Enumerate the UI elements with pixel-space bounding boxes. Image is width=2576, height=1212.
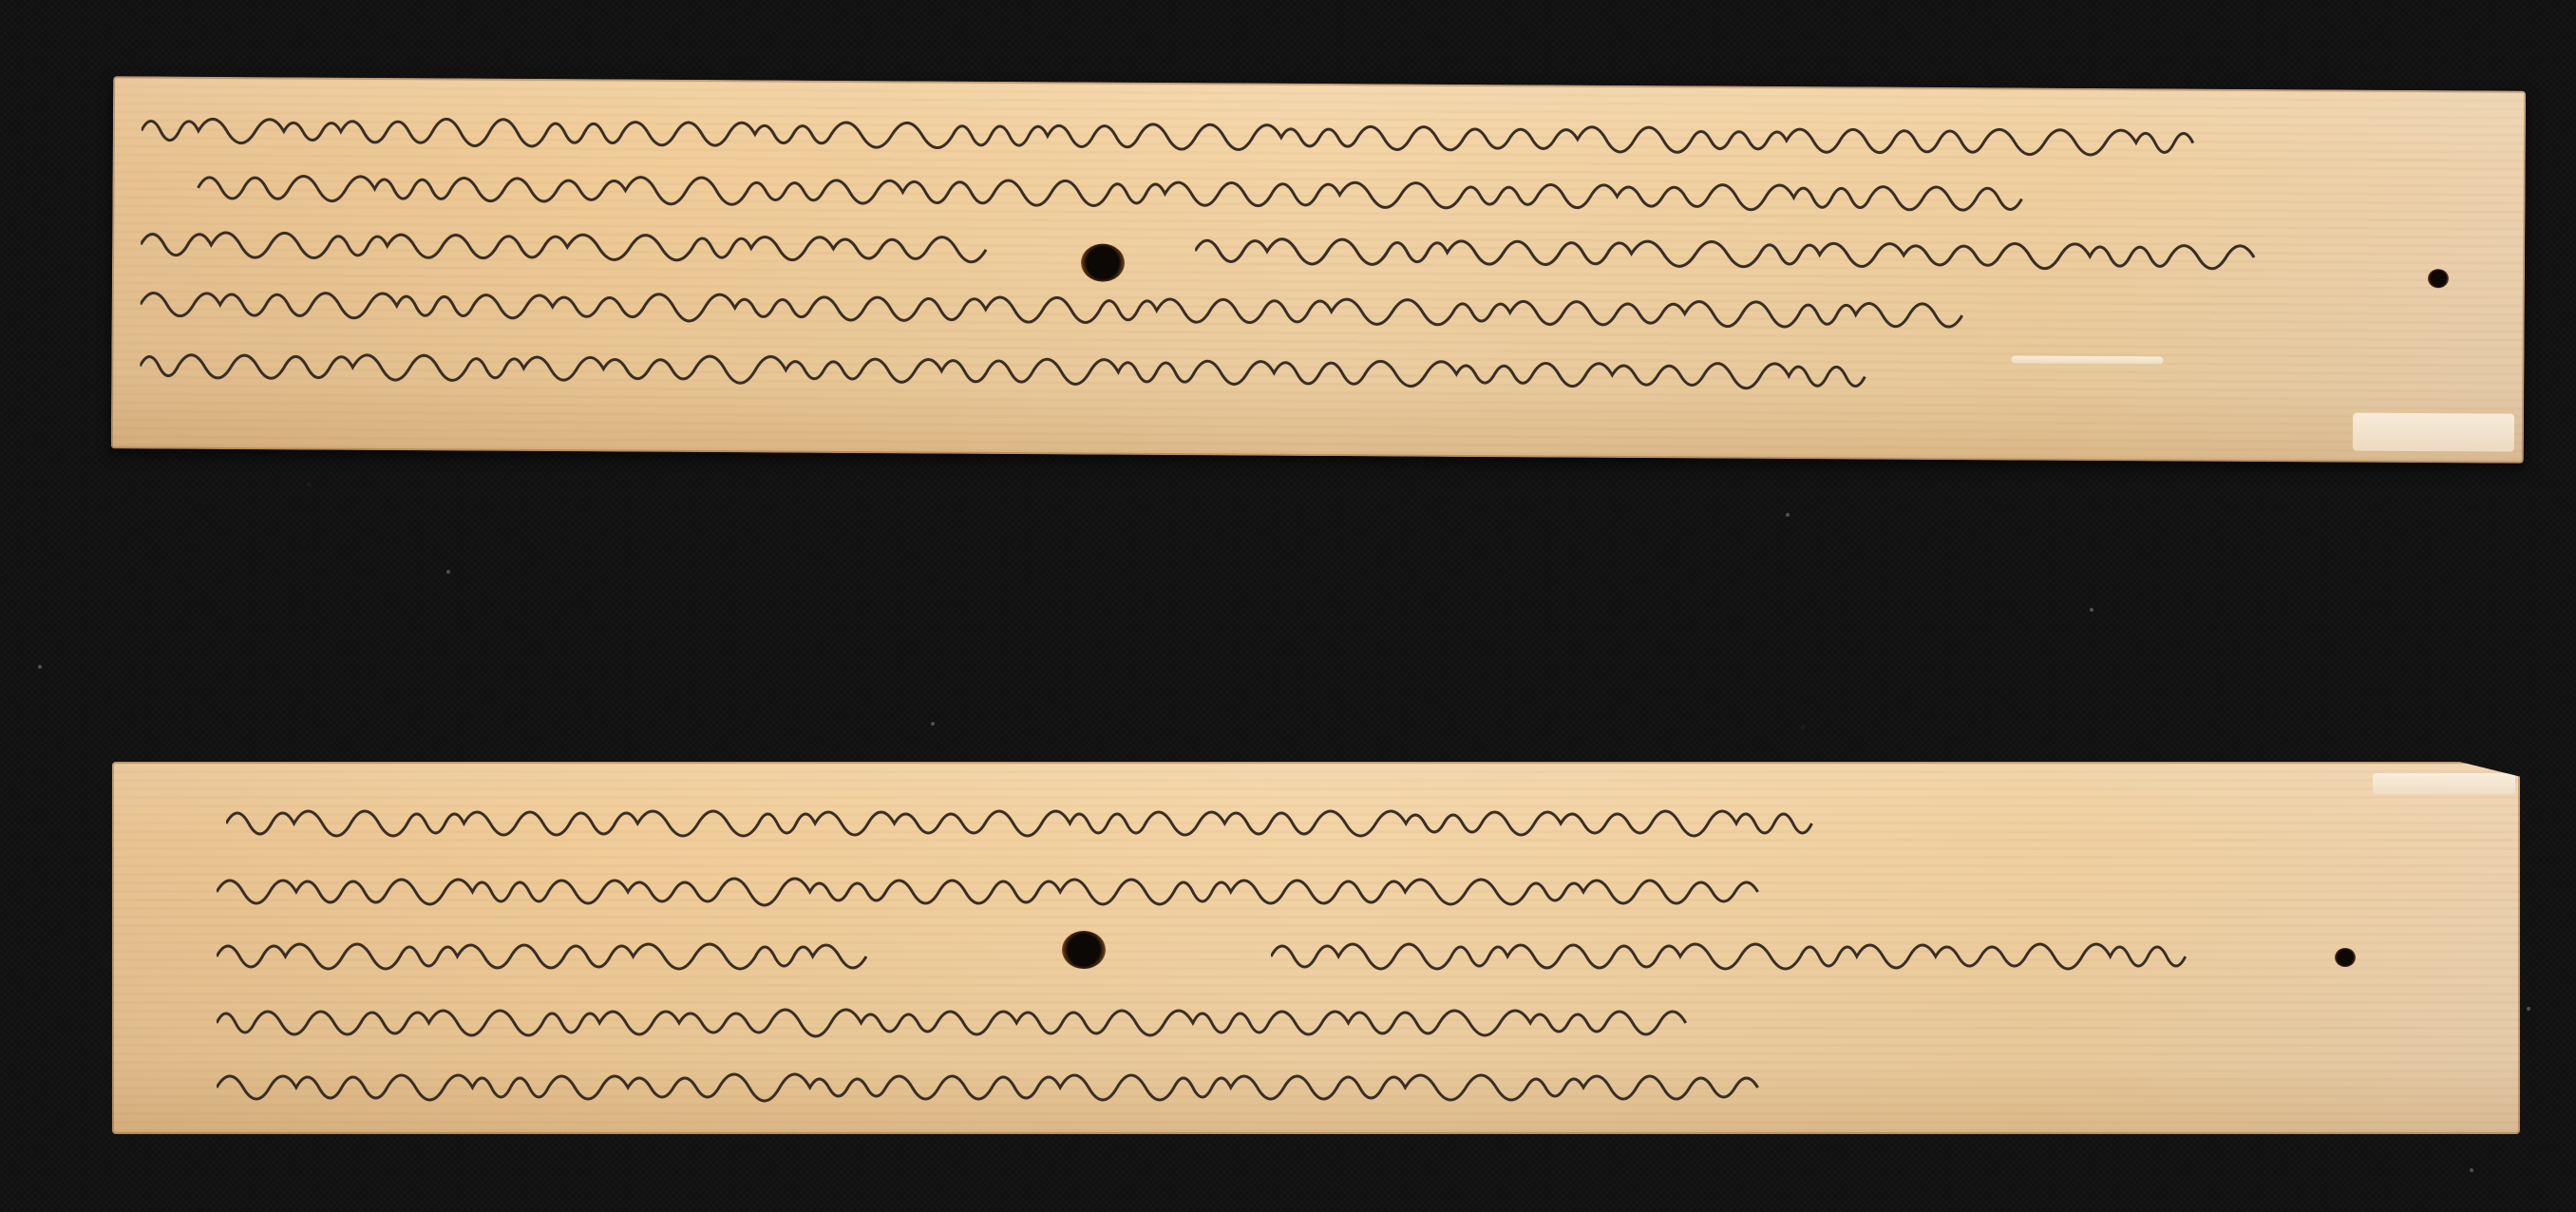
script-line <box>141 211 1119 274</box>
fabric-lint <box>2470 1168 2473 1172</box>
script-line <box>1271 923 2491 980</box>
fabric-lint <box>931 722 935 726</box>
script-line <box>1195 218 2496 282</box>
script-line <box>217 859 2491 916</box>
script-line <box>217 990 2491 1047</box>
script-line <box>217 1054 2491 1111</box>
fabric-lint <box>2527 1007 2530 1011</box>
fabric-lint <box>38 665 42 669</box>
fabric-lint <box>1786 513 1790 517</box>
script-line <box>141 271 2496 342</box>
leaf-damage <box>2353 413 2514 452</box>
fabric-lint <box>446 570 450 574</box>
script-line <box>226 790 2491 847</box>
script-line <box>140 332 2495 404</box>
palm-leaf-manuscript-top: Handwritten Balinese script, six lines <box>111 76 2526 464</box>
binding-hole <box>1062 931 1106 969</box>
script-line <box>217 923 1038 980</box>
fabric-lint <box>2090 608 2093 612</box>
palm-leaf-manuscript-bottom: Handwritten Balinese script, five lines <box>112 762 2520 1134</box>
